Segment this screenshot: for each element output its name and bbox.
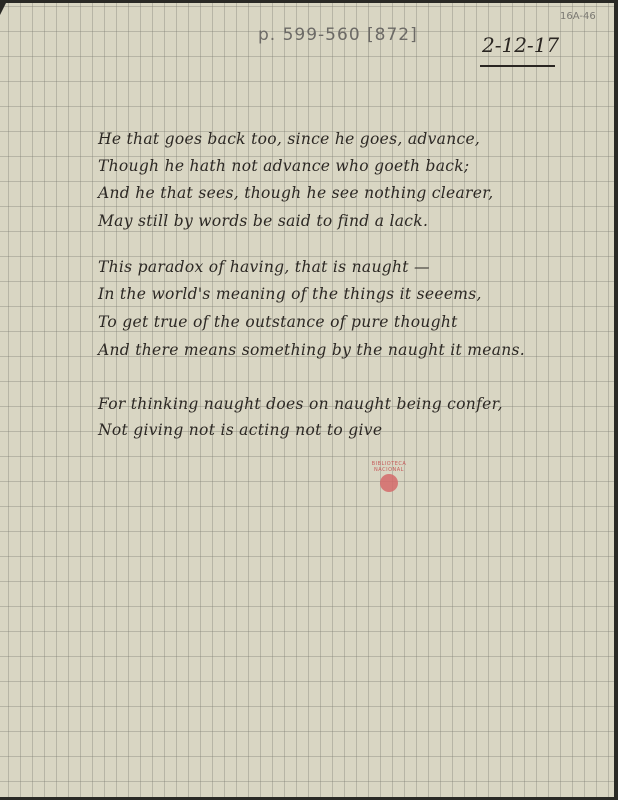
poem-line: Not giving not is acting not to give	[98, 421, 382, 439]
manuscript-page: p. 599-560 [872] 16A-46 2-12-17 He that …	[0, 3, 614, 797]
poem-line: This paradox of having, that is naught —	[98, 258, 430, 276]
poem-line: In the world's meaning of the things it …	[98, 285, 482, 303]
poem-line: May still by words be said to find a lac…	[98, 212, 428, 230]
date: 2-12-17	[482, 33, 559, 57]
folio-number: 16A-46	[560, 11, 596, 22]
shelfmark-annotation: p. 599-560 [872]	[258, 25, 418, 45]
poem-line: And there means something by the naught …	[98, 341, 525, 359]
date-underline	[480, 65, 555, 67]
stamp-text: BIBLIOTECA NACIONAL	[365, 461, 413, 473]
stamp-seal-icon	[380, 474, 398, 492]
poem-line: He that goes back too, since he goes, ad…	[98, 130, 480, 148]
poem-line: And he that sees, though he see nothing …	[98, 184, 493, 202]
poem-line: Though he hath not advance who goeth bac…	[98, 157, 469, 175]
poem-line: For thinking naught does on naught being…	[98, 395, 503, 413]
poem-line: To get true of the outstance of pure tho…	[98, 313, 458, 331]
library-stamp: BIBLIOTECA NACIONAL	[365, 461, 413, 499]
corner-fold	[0, 3, 6, 15]
